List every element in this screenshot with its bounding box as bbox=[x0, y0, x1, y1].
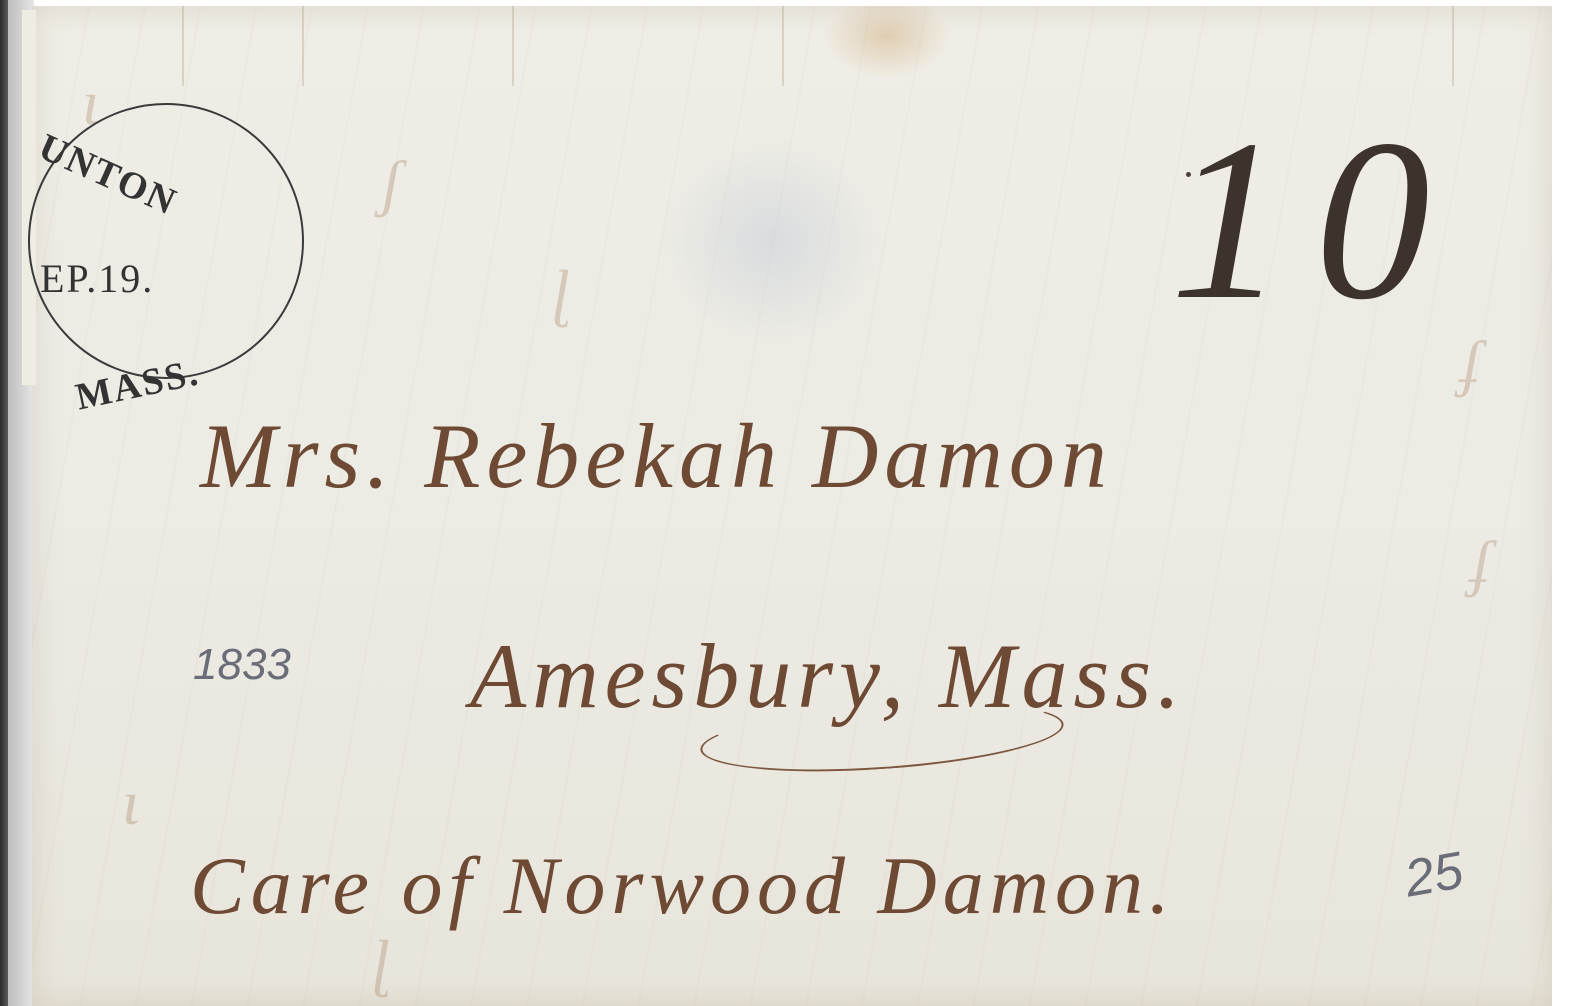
fold-crease bbox=[512, 6, 514, 86]
fold-crease bbox=[182, 6, 184, 86]
scanner-edge bbox=[0, 0, 8, 1006]
circular-postmark: UNTON EP.19. MASS. bbox=[28, 103, 304, 379]
address-line-town: Amesbury, Mass. bbox=[470, 630, 1186, 722]
ink-bleed-through: ɭ bbox=[552, 256, 570, 330]
fold-crease bbox=[302, 6, 304, 86]
pencil-corner-note: 25 bbox=[1400, 840, 1467, 909]
address-line-care-of: Care of Norwood Damon. bbox=[190, 845, 1175, 927]
postmark-town: UNTON bbox=[32, 125, 184, 225]
fold-crease bbox=[1452, 6, 1454, 86]
ink-bleed-through: ɭ bbox=[372, 926, 390, 1000]
ink-bleed-through: ʃ bbox=[382, 146, 400, 220]
ink-bleed-through: ʄ bbox=[1472, 526, 1490, 600]
ink-bleed-through: ʄ bbox=[1462, 326, 1480, 400]
pencil-year-note: 1833 bbox=[193, 640, 291, 690]
fold-crease bbox=[782, 6, 784, 86]
ink-bleed-through: ɩ bbox=[122, 766, 140, 840]
address-line-name: Mrs. Rebekah Damon bbox=[200, 410, 1113, 502]
postmark-date: EP.19. bbox=[40, 255, 154, 302]
manuscript-rate: 10 bbox=[1170, 105, 1460, 335]
